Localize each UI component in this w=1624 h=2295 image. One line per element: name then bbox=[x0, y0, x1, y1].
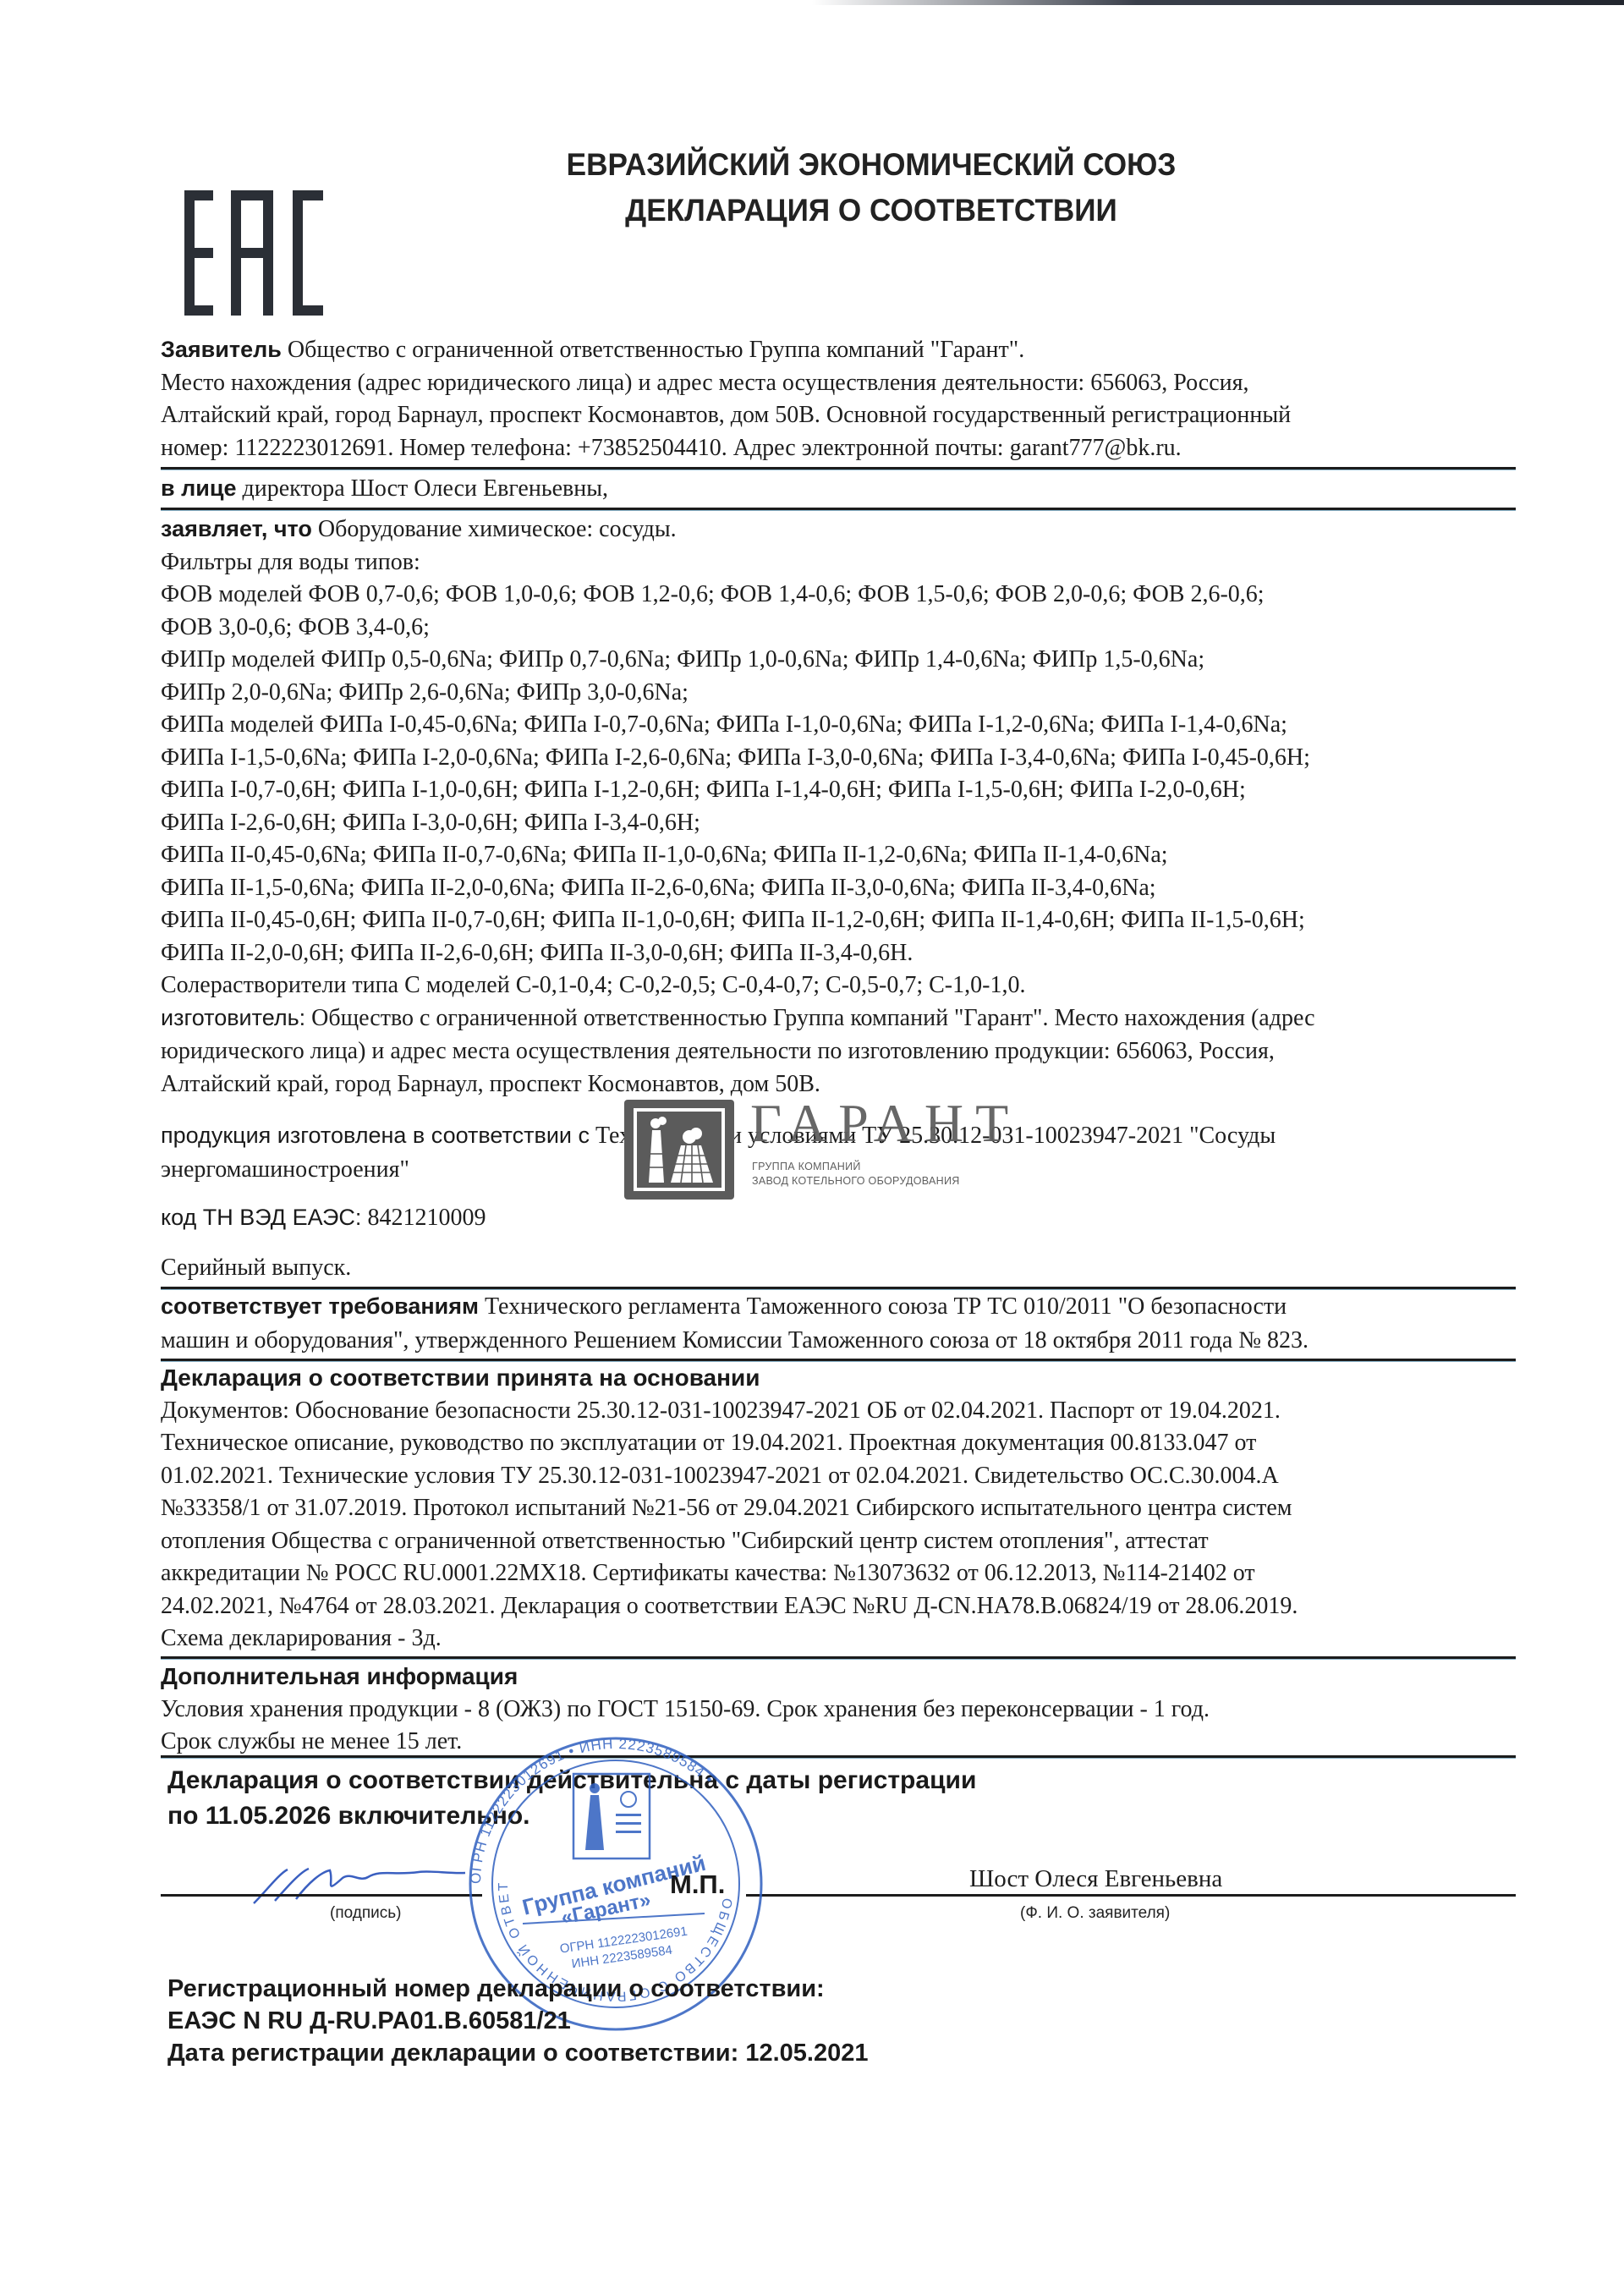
declares-product: Оборудование химическое: сосуды. bbox=[312, 516, 677, 542]
union-title: ЕВРАЗИЙСКИЙ ЭКОНОМИЧЕСКИЙ СОЮЗ bbox=[349, 145, 1394, 184]
complies-text: машин и оборудования", утвержденного Реш… bbox=[161, 1324, 1514, 1358]
product-line: Солерастворители типа С моделей С-0,1-0,… bbox=[161, 969, 1514, 1002]
manufacturer-label: изготовитель: bbox=[161, 1005, 305, 1030]
applicant-full-name: Шост Олеся Евгеньевна bbox=[969, 1865, 1222, 1893]
registration-label: Регистрационный номер декларации о соотв… bbox=[167, 1973, 868, 2005]
product-line: ФИПа I-2,6-0,6H; ФИПа I-3,0-0,6H; ФИПа I… bbox=[161, 807, 1514, 840]
basis-line: аккредитации № РОСС RU.0001.22МХ18. Серт… bbox=[161, 1557, 1514, 1590]
product-line: ФОВ моделей ФОВ 0,7-0,6; ФОВ 1,0-0,6; ФО… bbox=[161, 579, 1514, 612]
hs-code-label: код ТН ВЭД ЕАЭС: bbox=[161, 1205, 361, 1230]
garant-brand-text: ГАРАНТ bbox=[750, 1096, 1020, 1150]
product-line: ФОВ 3,0-0,6; ФОВ 3,4-0,6; bbox=[161, 612, 1514, 645]
complies-section: соответствует требованиям Технического р… bbox=[161, 1289, 1514, 1358]
additional-info-section: Дополнительная информация Условия хранен… bbox=[161, 1661, 1514, 1759]
release-text: Серийный выпуск. bbox=[161, 1252, 1514, 1285]
basis-line: 01.02.2021. Технические условия ТУ 25.30… bbox=[161, 1460, 1514, 1493]
divider bbox=[161, 467, 1516, 469]
basis-section: Декларация о соответствии принята на осн… bbox=[161, 1362, 1514, 1655]
complies-label: соответствует требованиям bbox=[161, 1293, 479, 1319]
registration-number: ЕАЭС N RU Д-RU.PA01.B.60581/21 bbox=[167, 2005, 868, 2037]
manufacturer-text: Общество с ограниченной ответственностью… bbox=[305, 1005, 1314, 1031]
applicant-label: Заявитель bbox=[161, 337, 282, 362]
basis-line: №33358/1 от 31.07.2019. Протокол испытан… bbox=[161, 1492, 1514, 1525]
additional-line: Условия хранения продукции - 8 (ОЖ3) по … bbox=[161, 1694, 1514, 1727]
document-header: ЕВРАЗИЙСКИЙ ЭКОНОМИЧЕСКИЙ СОЮЗ ДЕКЛАРАЦИ… bbox=[349, 145, 1394, 230]
product-line: ФИПа I-1,5-0,6Na; ФИПа I-2,0-0,6Na; ФИПа… bbox=[161, 742, 1514, 775]
product-line: ФИПр моделей ФИПр 0,5-0,6Na; ФИПр 0,7-0,… bbox=[161, 644, 1514, 677]
handwritten-signature bbox=[250, 1857, 469, 1908]
representative-section: в лице директора Шост Олеси Евгеньевны, bbox=[161, 472, 1514, 506]
product-line: Фильтры для воды типов: bbox=[161, 546, 1514, 579]
product-line: ФИПа II-0,45-0,6Na; ФИПа II-0,7-0,6Na; Ф… bbox=[161, 839, 1514, 872]
signature-caption: (подпись) bbox=[330, 1904, 401, 1923]
applicant-section: Заявитель Общество с ограниченной ответс… bbox=[161, 333, 1514, 464]
brand-sub-line: ЗАВОД КОТЕЛЬНОГО ОБОРУДОВАНИЯ bbox=[752, 1174, 960, 1189]
name-caption: (Ф. И. О. заявителя) bbox=[1020, 1904, 1170, 1923]
divider bbox=[161, 1359, 1516, 1361]
additional-line: Срок службы не менее 15 лет. bbox=[161, 1726, 1514, 1759]
release-type: Серийный выпуск. bbox=[161, 1252, 1514, 1285]
divider bbox=[161, 508, 1516, 510]
applicant-address-line: Место нахождения (адрес юридического лиц… bbox=[161, 367, 1514, 400]
registration-date: Дата регистрации декларации о соответств… bbox=[167, 2037, 868, 2069]
product-line: ФИПр 2,0-0,6Na; ФИПр 2,6-0,6Na; ФИПр 3,0… bbox=[161, 677, 1514, 710]
manufacturer-text: юридического лица) и адрес места осущест… bbox=[161, 1035, 1514, 1068]
eac-logo-icon bbox=[184, 190, 326, 316]
basis-heading: Декларация о соответствии принята на осн… bbox=[161, 1362, 1514, 1395]
registration-section: Регистрационный номер декларации о соотв… bbox=[167, 1973, 868, 2069]
product-line: ФИПа II-2,0-0,6H; ФИПа II-2,6-0,6H; ФИПа… bbox=[161, 937, 1514, 970]
scan-top-edge bbox=[0, 0, 1624, 5]
complies-text: Технического регламента Таможенного союз… bbox=[479, 1293, 1287, 1320]
basis-line: Техническое описание, руководство по экс… bbox=[161, 1427, 1514, 1460]
hs-code-section: код ТН ВЭД ЕАЭС: 8421210009 bbox=[161, 1201, 1514, 1235]
product-line: ФИПа II-0,45-0,6H; ФИПа II-0,7-0,6H; ФИП… bbox=[161, 904, 1514, 937]
product-line: ФИПа моделей ФИПа I-0,45-0,6Na; ФИПа I-0… bbox=[161, 709, 1514, 742]
declares-section: заявляет, что Оборудование химическое: с… bbox=[161, 513, 1514, 1002]
hs-code-value: 8421210009 bbox=[361, 1205, 486, 1231]
representative-text: директора Шост Олеси Евгеньевны, bbox=[236, 475, 608, 502]
applicant-address-line: Алтайский край, город Барнаул, проспект … bbox=[161, 399, 1514, 432]
divider bbox=[161, 1755, 1516, 1758]
garant-brand-subtitle: ГРУППА КОМПАНИЙ ЗАВОД КОТЕЛЬНОГО ОБОРУДО… bbox=[752, 1160, 960, 1189]
product-line: ФИПа I-0,7-0,6H; ФИПа I-1,0-0,6H; ФИПа I… bbox=[161, 774, 1514, 807]
additional-heading: Дополнительная информация bbox=[161, 1661, 1514, 1694]
basis-line: 24.02.2021, №4764 от 28.03.2021. Деклара… bbox=[161, 1590, 1514, 1623]
doc-title: ДЕКЛАРАЦИЯ О СООТВЕТСТВИИ bbox=[349, 191, 1394, 230]
applicant-name: Общество с ограниченной ответственностью… bbox=[282, 337, 1024, 363]
manufacturer-section: изготовитель: Общество с ограниченной от… bbox=[161, 1002, 1514, 1101]
declares-label: заявляет, что bbox=[161, 516, 312, 541]
basis-line: Схема декларирования - 3д. bbox=[161, 1622, 1514, 1655]
garant-logo-icon bbox=[624, 1100, 734, 1200]
basis-line: Документов: Обоснование безопасности 25.… bbox=[161, 1395, 1514, 1428]
product-line: ФИПа II-1,5-0,6Na; ФИПа II-2,0-0,6Na; ФИ… bbox=[161, 872, 1514, 905]
signature-line bbox=[161, 1894, 482, 1897]
brand-sub-line: ГРУППА КОМПАНИЙ bbox=[752, 1160, 960, 1174]
basis-line: отопления Общества с ограниченной ответс… bbox=[161, 1525, 1514, 1558]
representative-label: в лице bbox=[161, 475, 236, 501]
divider bbox=[161, 1656, 1516, 1659]
applicant-contacts-line: номер: 1122223012691. Номер телефона: +7… bbox=[161, 432, 1514, 465]
produced-per-label: продукция изготовлена в соответствии с bbox=[161, 1123, 590, 1148]
name-line bbox=[746, 1894, 1516, 1897]
factory-chimney-icon bbox=[637, 1112, 721, 1188]
